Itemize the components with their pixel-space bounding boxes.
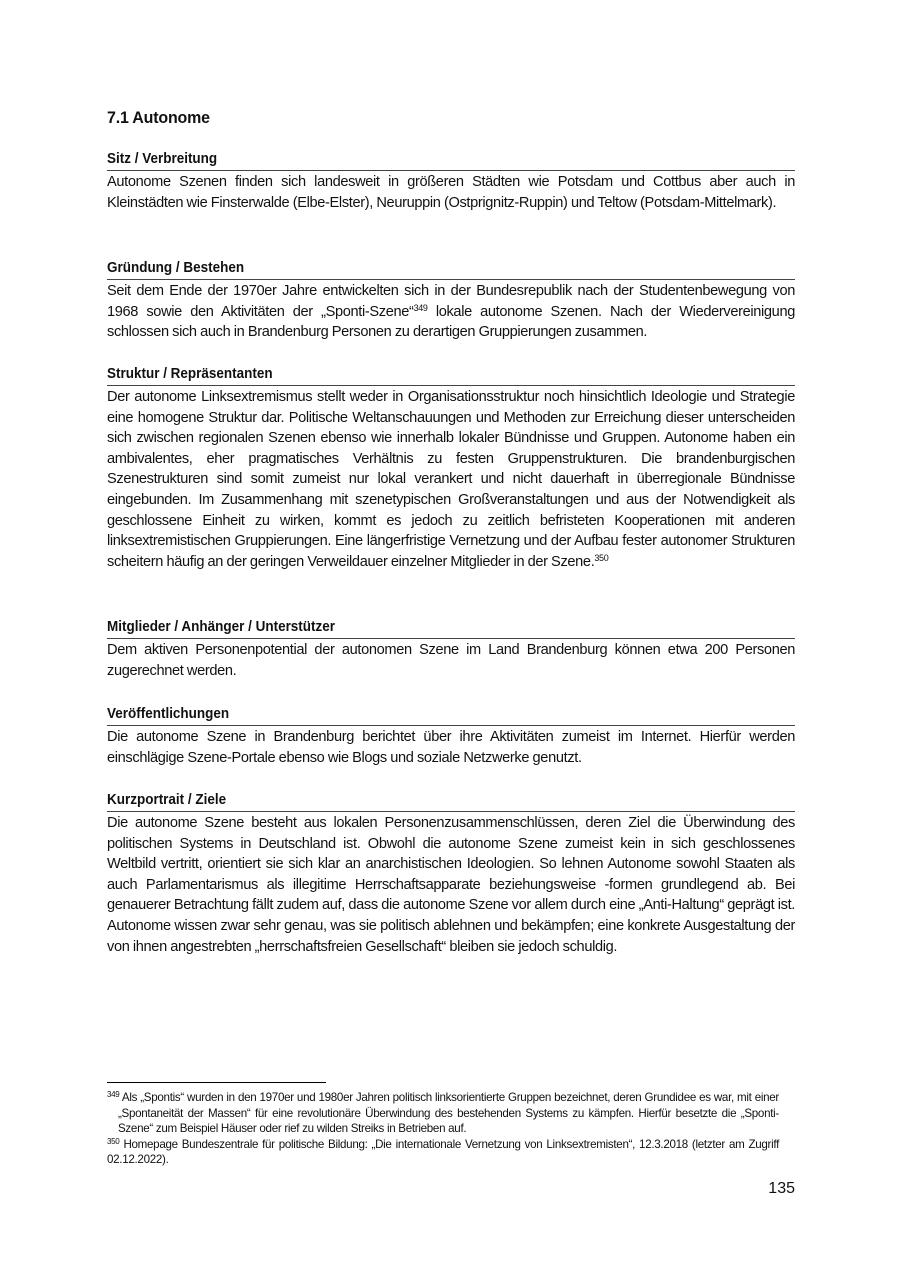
section-heading: Sitz / Verbreitung	[107, 150, 795, 171]
section-kurzportrait-ziele: Kurzportrait / Ziele Die autonome Szene …	[107, 791, 795, 957]
section-struktur-repraesentanten: Struktur / Repräsentanten Der autonome L…	[107, 365, 795, 572]
section-body: Autonome Szenen finden sich landesweit i…	[107, 172, 795, 213]
section-heading: Struktur / Repräsentanten	[107, 365, 795, 386]
section-heading: Mitglieder / Anhänger / Unterstützer	[107, 618, 795, 639]
section-gruendung-bestehen: Gründung / Bestehen Seit dem Ende der 19…	[107, 259, 795, 343]
chapter-title: 7.1 Autonome	[107, 108, 210, 128]
section-body: Dem aktiven Personenpotential der autono…	[107, 640, 795, 681]
footnotes: 349 Als „Spontis“ wurden in den 1970er u…	[107, 1090, 779, 1168]
section-sitz-verbreitung: Sitz / Verbreitung Autonome Szenen finde…	[107, 150, 795, 213]
section-body: Die autonome Szene in Brandenburg berich…	[107, 727, 795, 768]
footnote-ref-350[interactable]: 350	[594, 553, 608, 563]
section-heading: Gründung / Bestehen	[107, 259, 795, 280]
section-mitglieder: Mitglieder / Anhänger / Unterstützer Dem…	[107, 618, 795, 681]
footnote-ref-349[interactable]: 349	[414, 303, 428, 313]
section-heading: Veröffentlichungen	[107, 705, 795, 726]
footnote-349: 349 Als „Spontis“ wurden in den 1970er u…	[107, 1090, 779, 1137]
section-body: Seit dem Ende der 1970er Jahre entwickel…	[107, 281, 795, 343]
section-body: Die autonome Szene besteht aus lokalen P…	[107, 813, 795, 957]
section-body: Der autonome Linksextremismus stellt wed…	[107, 387, 795, 572]
footnote-separator	[107, 1082, 326, 1083]
section-heading: Kurzportrait / Ziele	[107, 791, 795, 812]
footnote-350: 350 Homepage Bundeszentrale für politisc…	[107, 1137, 779, 1168]
section-veroeffentlichungen: Veröffentlichungen Die autonome Szene in…	[107, 705, 795, 768]
page-number: 135	[107, 1180, 795, 1198]
